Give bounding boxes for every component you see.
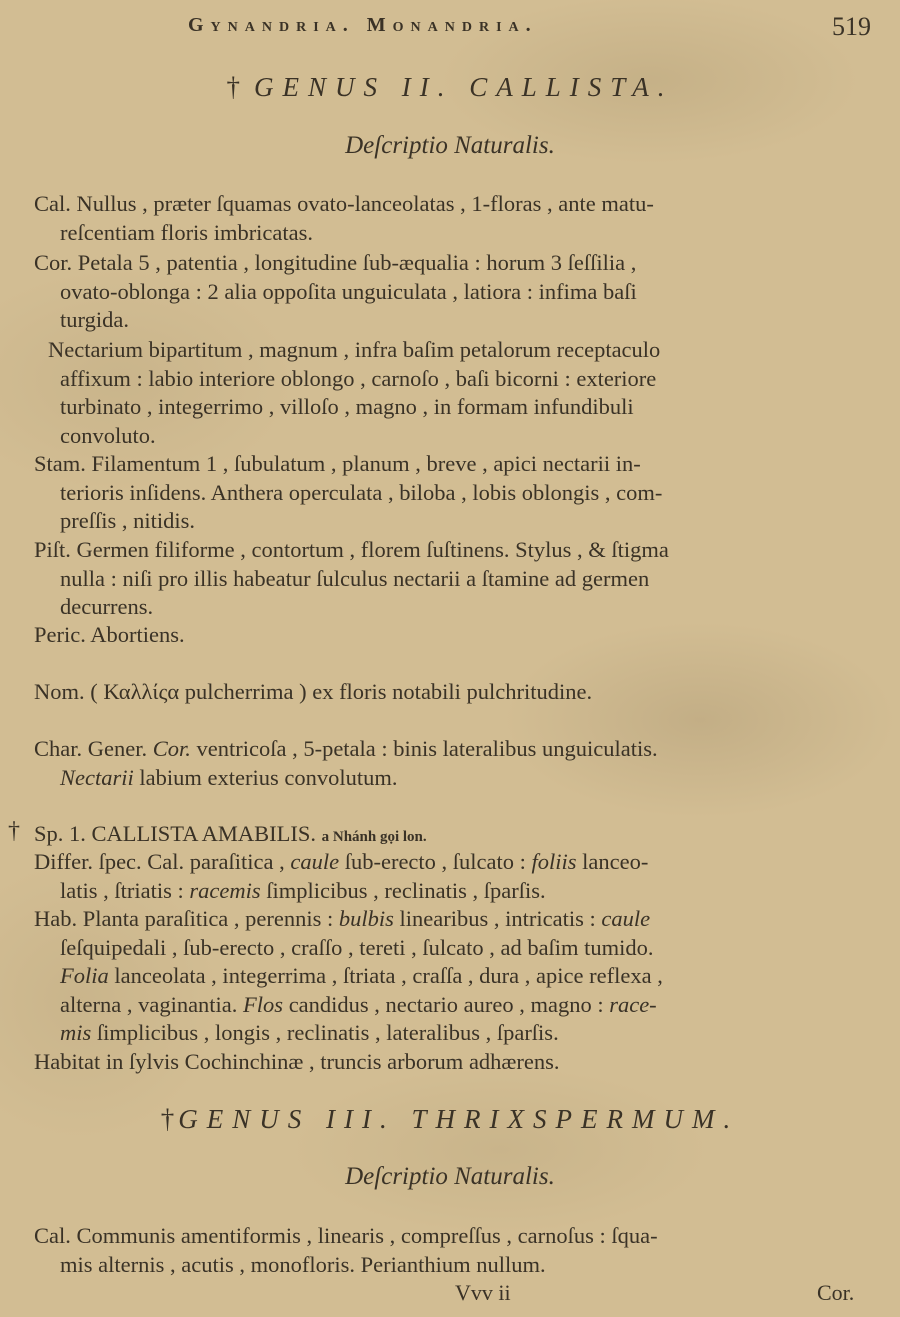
genus-2-pist: Piſt. Germen filiforme , contortum , flo… — [34, 536, 880, 622]
hab-bulbis: bulbis — [339, 906, 394, 931]
hab-folia: Folia — [60, 963, 109, 988]
pist-line-3: decurrens. — [34, 593, 880, 622]
genus-3-subhead: Deſcriptio Naturalis. — [0, 1163, 900, 1191]
differ-h: ſimplicibus , reclinatis , ſparſis. — [261, 878, 546, 903]
pist-line-1: Piſt. Germen filiforme , contortum , flo… — [34, 537, 669, 562]
running-head: Gynandria. Monandria. — [188, 14, 748, 37]
hab-flos: Flos — [243, 992, 283, 1017]
catchword: Cor. — [817, 1280, 854, 1306]
differ-c: ſub-erecto , ſulcato : — [339, 849, 531, 874]
hab-caule: caule — [601, 906, 650, 931]
page-number: 519 — [832, 12, 871, 42]
pist-line-2: nulla : niſi pro illis habeatur ſulculus… — [34, 565, 880, 594]
differ-e: lanceo- — [577, 849, 649, 874]
cal-line-2: mis alternis , acutis , monofloris. Peri… — [34, 1251, 880, 1280]
genus-2-cal: Cal. Nullus , præter ſquamas ovato-lance… — [34, 190, 880, 247]
hab-line-5: ſimplicibus , longis , reclinatis , late… — [91, 1020, 558, 1045]
hab-mis: mis — [60, 1020, 91, 1045]
genus-2-title: GENUS II. CALLISTA. — [254, 72, 674, 102]
hab-c: linearibus , intricatis : — [394, 906, 601, 931]
cal-line-2: reſcentiam floris imbricatas. — [34, 219, 880, 248]
char-cor: Cor. — [153, 736, 191, 761]
hab-line-4b: candidus , nectario aureo , magno : — [283, 992, 609, 1017]
genus-3-heading: †GENUS III. THRIXSPERMUM. — [0, 1104, 900, 1135]
genus-2-char: Char. Gener. Cor. ventricoſa , 5-petala … — [34, 735, 880, 792]
genus-2-heading: †GENUS II. CALLISTA. — [0, 72, 900, 103]
cal-line-1: Cal. Nullus , præter ſquamas ovato-lance… — [34, 191, 654, 216]
nectarium-line-3: turbinato , integerrimo , villoſo , magn… — [48, 393, 880, 422]
cal-line-1: Cal. Communis amentiformis , linearis , … — [34, 1223, 658, 1248]
species-1-hab: Hab. Planta paraſitica , perennis : bulb… — [34, 905, 880, 1048]
species-title: Sp. 1. CALLISTA AMABILIS. — [34, 821, 316, 846]
cor-line-3: turgida. — [34, 306, 880, 335]
signature-mark: Vvv ii — [455, 1280, 511, 1306]
char-line-2: labium exterius convolutum. — [134, 765, 398, 790]
char-prefix: Char. Gener. — [34, 736, 153, 761]
vernacular-name: a Nhánh gọi lon. — [322, 829, 427, 845]
differ-f: latis , ſtriatis : — [60, 878, 189, 903]
dagger-icon: † — [8, 818, 20, 845]
cor-line-2: ovato-oblonga : 2 alia oppoſita unguicul… — [34, 278, 880, 307]
genus-3-title: GENUS III. THRIXSPERMUM. — [178, 1104, 739, 1134]
cor-line-1: Cor. Petala 5 , patentia , longitudine ſ… — [34, 250, 636, 275]
differ-racemis: racemis — [189, 878, 260, 903]
nectarium-line-1: Nectarium bipartitum , magnum , infra ba… — [48, 337, 660, 362]
species-1-heading: Sp. 1. CALLISTA AMABILIS. a Nhánh gọi lo… — [34, 820, 880, 852]
genus-2-nom: Nom. ( Καλλίςα pulcherrima ) ex floris n… — [34, 678, 880, 707]
stam-line-2: terioris inſidens. Anthera operculata , … — [34, 479, 880, 508]
dagger-icon: † — [161, 1104, 179, 1134]
genus-2-subhead: Deſcriptio Naturalis. — [0, 132, 900, 160]
char-nectarii: Nectarii — [60, 765, 134, 790]
stam-line-1: Stam. Filamentum 1 , ſubulatum , planum … — [34, 451, 641, 476]
species-1-differ: Differ. ſpec. Cal. paraſitica , caule ſu… — [34, 848, 880, 905]
species-1-habitat: Habitat in ſylvis Cochinchinæ , truncis … — [34, 1048, 880, 1077]
nectarium-line-4: convoluto. — [48, 422, 880, 451]
genus-3-cal: Cal. Communis amentiformis , linearis , … — [34, 1222, 880, 1279]
stam-line-3: preſſis , nitidis. — [34, 507, 880, 536]
hab-line-4a: alterna , vaginantia. — [60, 992, 243, 1017]
differ-foliis: foliis — [532, 849, 577, 874]
hab-race: race- — [609, 992, 656, 1017]
hab-a: Hab. Planta paraſitica , perennis : — [34, 906, 339, 931]
genus-2-cor: Cor. Petala 5 , patentia , longitudine ſ… — [34, 249, 880, 335]
hab-line-3: lanceolata , integerrima , ſtriata , cra… — [109, 963, 663, 988]
nectarium-line-2: affixum : labio interiore oblongo , carn… — [48, 365, 880, 394]
differ-caule: caule — [290, 849, 339, 874]
hab-line-2: ſeſquipedali , ſub-erecto , craſſo , ter… — [34, 934, 880, 963]
book-page: Gynandria. Monandria. 519 †GENUS II. CAL… — [0, 0, 900, 1317]
genus-2-stam: Stam. Filamentum 1 , ſubulatum , planum … — [34, 450, 880, 536]
genus-2-peric: Peric. Abortiens. — [34, 621, 880, 650]
genus-2-nectarium: Nectarium bipartitum , magnum , infra ba… — [48, 336, 880, 450]
differ-a: Differ. ſpec. Cal. paraſitica , — [34, 849, 290, 874]
dagger-icon: † — [226, 72, 254, 102]
char-line-1: ventricoſa , 5-petala : binis lateralibu… — [191, 736, 658, 761]
